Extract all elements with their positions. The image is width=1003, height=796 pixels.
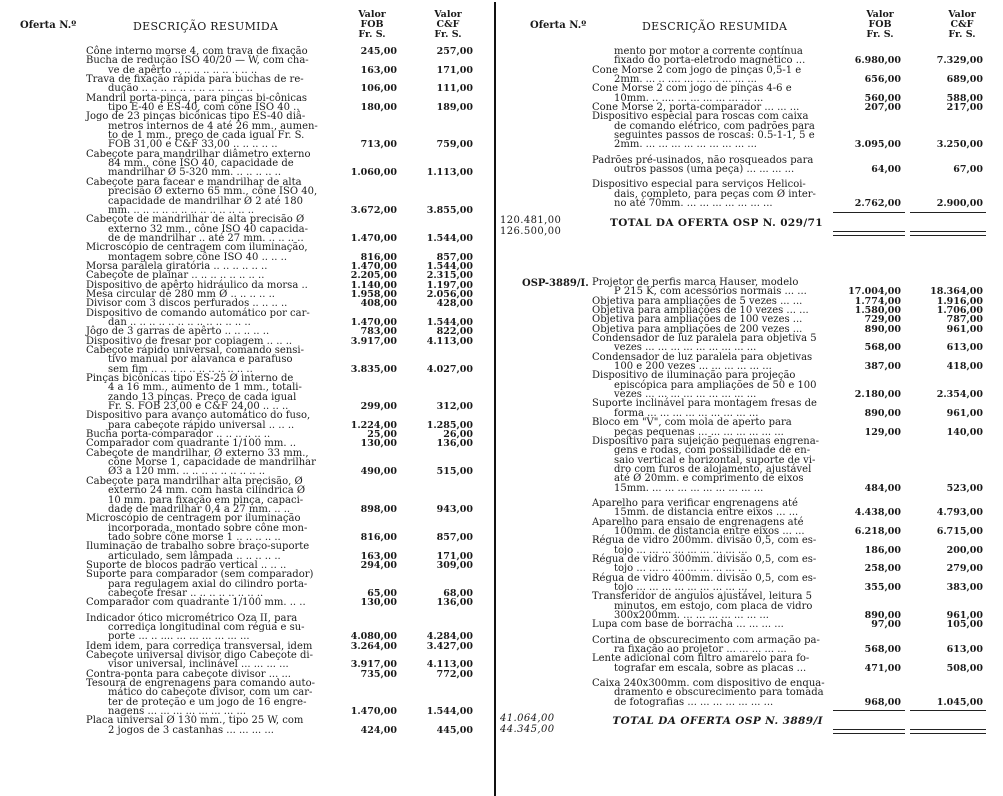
total-label: TOTAL DA OFERTA OSP N. 029/71 — [610, 217, 823, 229]
value-fob: 735,00 — [327, 670, 397, 679]
table-row: Cabeçote para mandrilhar alta precisão, … — [0, 477, 488, 514]
table-row: Dispositivo de iluminação para projeçãoe… — [500, 371, 1003, 399]
item-description: Suporte para comparador (sem comparador)… — [86, 570, 318, 598]
table-row: Suporte inclinável para montagem fresas … — [500, 399, 1003, 418]
table-row: Régua de vidro 200mm. divisão 0,5, com e… — [500, 536, 1003, 555]
value-fob: 568,00 — [831, 645, 901, 654]
table-row: Dispositivo para avanço automático do fu… — [0, 411, 488, 430]
value-cf: 7.329,00 — [913, 56, 983, 65]
item-description: Bloco em "V", com mola de aperto parapeç… — [592, 418, 830, 437]
item-description: Transferidor de angulos ajustável, leitu… — [592, 592, 830, 620]
item-description: Régua de vidro 300mm. divisão 0,5, com e… — [592, 555, 830, 574]
item-description: Trava de fixação rápida para buchas de r… — [86, 75, 318, 94]
value-fob: 258,00 — [831, 564, 901, 573]
value-fob: 106,00 — [327, 84, 397, 93]
value-fob: 568,00 — [831, 343, 901, 352]
value-fob: 490,00 — [327, 467, 397, 476]
table-row: Régua de vidro 300mm. divisão 0,5, com e… — [500, 555, 1003, 574]
item-description: Padrões pré-usinados, não rosqueados par… — [592, 156, 830, 175]
header-description: DESCRIÇÃO RESUMIDA — [133, 20, 278, 33]
header-cf: Valor C&F Fr. S. — [932, 10, 992, 40]
total-label: TOTAL DA OFERTA OSP N. 3889/I — [612, 715, 823, 727]
table-row: Dispositivo para sujeição pequenas engre… — [500, 437, 1003, 493]
value-cf: 508,00 — [913, 664, 983, 673]
value-cf: 689,00 — [913, 75, 983, 84]
table-row: Cabeçote de mandrilhar, Ø externo 33 mm.… — [0, 449, 488, 477]
value-cf: 6.715,00 — [913, 527, 983, 536]
table-row: Microscópio de centragem por iluminaçãoi… — [0, 514, 488, 542]
value-cf: 943,00 — [403, 505, 473, 514]
value-cf: 309,00 — [403, 561, 473, 570]
total-rule — [910, 733, 986, 734]
item-description: Microscópio de centragem por iluminaçãoi… — [86, 514, 318, 542]
header-fob: Valor FOB Fr. S. — [342, 10, 402, 40]
value-fob: 97,00 — [831, 620, 901, 629]
table-row: Jogo de 23 pinças bicônicas tipo ES-40 d… — [0, 112, 488, 149]
value-cf: 2.900,00 — [913, 199, 983, 208]
item-description: Lente adicional com filtro amarelo para … — [592, 654, 830, 673]
value-cf: 1.045,00 — [913, 698, 983, 707]
right-column: Oferta N.º DESCRIÇÃO RESUMIDA Valor FOB … — [500, 0, 1003, 796]
value-cf: 3.250,00 — [913, 140, 983, 149]
table-row: Pinças bicônicas tipo ES-25 Ø interno de… — [0, 374, 488, 411]
item-description: Lupa com base de borracha ... ... ... ..… — [592, 620, 830, 629]
item-description: Condensador de luz paralela para objetiv… — [592, 353, 830, 372]
item-description: mento por motor a corrente contínuafixad… — [592, 47, 830, 66]
item-description: Cone Morse 2 com jogo de pinças 0,5-1 e2… — [592, 66, 830, 85]
header-fob: Valor FOB Fr. S. — [850, 10, 910, 40]
item-description: Dispositivo especial para roscas com cai… — [592, 112, 830, 149]
table-row: Caixa 240x300mm. com dispositivo de enqu… — [500, 679, 1003, 707]
value-cf: 3.427,00 — [403, 642, 473, 651]
total-rule — [910, 729, 986, 730]
value-fob: 3.917,00 — [327, 337, 397, 346]
left-column: Oferta N.º DESCRIÇÃO RESUMIDA Valor FOB … — [0, 0, 488, 796]
offer-total-row: TOTAL DA OFERTA OSP N. 029/71120.481,001… — [500, 215, 1003, 229]
item-description: Mandril porta-pinça, para pinças bi-côni… — [86, 94, 318, 113]
value-cf: 171,00 — [403, 66, 473, 75]
total-rule — [910, 212, 986, 213]
table-row: Régua de vidro 400mm. divisão 0,5, com e… — [500, 574, 1003, 593]
item-description: Caixa 240x300mm. com dispositivo de enqu… — [592, 679, 830, 707]
column-divider — [494, 2, 496, 796]
table-row: Projetor de perfis marca Hauser, modeloP… — [500, 278, 1003, 297]
item-description: Condensador de luz paralela para objetiv… — [592, 334, 830, 353]
table-row: Cone Morse 2 com jogo de pinças 0,5-1 e2… — [500, 66, 1003, 85]
item-description: Cabeçote para facear e mandrilhar de alt… — [86, 178, 318, 215]
value-cf: 759,00 — [403, 140, 473, 149]
value-cf: 2.354,00 — [913, 390, 983, 399]
value-cf: 4.793,00 — [913, 508, 983, 517]
value-cf: 217,00 — [913, 103, 983, 112]
table-row: Comparador com quadrante 1/100 mm. .. ..… — [0, 598, 488, 607]
value-cf: 257,00 — [403, 47, 473, 56]
table-row: Dispositivo de comando automático por ca… — [0, 309, 488, 328]
item-description: Cortina de obscurecimento com armação pa… — [592, 636, 830, 655]
value-fob: 163,00 — [327, 66, 397, 75]
value-cf: 445,00 — [403, 726, 473, 735]
table-row: Trava de fixação rápida para buchas de r… — [0, 75, 488, 94]
left-item-list: Cône interno morse 4, com trava de fixaç… — [0, 47, 488, 735]
value-cf: 200,00 — [913, 546, 983, 555]
table-row: Dispositivo especial para roscas com cai… — [500, 112, 1003, 149]
item-description: Cabeçote de mandrilhar, Ø externo 33 mm.… — [86, 449, 318, 477]
value-fob: 2.180,00 — [831, 390, 901, 399]
value-fob: 180,00 — [327, 103, 397, 112]
value-cf: 3.855,00 — [403, 206, 473, 215]
value-fob: 968,00 — [831, 698, 901, 707]
value-fob: 387,00 — [831, 362, 901, 371]
value-fob: 4.438,00 — [831, 508, 901, 517]
table-row: Indicador ótico micrométrico Oza II, par… — [0, 614, 488, 642]
total-rule — [833, 729, 905, 730]
item-description: Dispositivo de comando automático por ca… — [86, 309, 318, 328]
value-cf: 1.113,00 — [403, 168, 473, 177]
header-offer-number: Oferta N.º — [530, 20, 586, 31]
value-fob: 3.095,00 — [831, 140, 901, 149]
table-row: Cabeçote para facear e mandrilhar de alt… — [0, 178, 488, 215]
value-cf: 772,00 — [403, 670, 473, 679]
item-description: Cabeçote de mandrilhar de alta precisão … — [86, 215, 318, 243]
value-fob: 1.060,00 — [327, 168, 397, 177]
item-description: Projetor de perfis marca Hauser, modeloP… — [592, 278, 830, 297]
table-row: Condensador de luz paralela para objetiv… — [500, 334, 1003, 353]
table-row: Transferidor de angulos ajustável, leitu… — [500, 592, 1003, 620]
table-row: Aparelho para ensaio de engrenagens até1… — [500, 518, 1003, 537]
value-cf: 428,00 — [403, 299, 473, 308]
table-row: Cortina de obscurecimento com armação pa… — [500, 636, 1003, 655]
value-cf: 418,00 — [913, 362, 983, 371]
table-row: Bucha de redução ISO 40/20 — W, com cha-… — [0, 56, 488, 75]
value-fob: 656,00 — [831, 75, 901, 84]
value-fob: 471,00 — [831, 664, 901, 673]
value-cf: 1.544,00 — [403, 707, 473, 716]
table-row: Bloco em "V", com mola de aperto parapeç… — [500, 418, 1003, 437]
value-fob: 1.470,00 — [327, 234, 397, 243]
total-rule — [910, 710, 986, 711]
item-description: Dispositivo especial para serviços Helic… — [592, 180, 830, 208]
item-description: Cabeçote para mandrilhar alta precisão, … — [86, 477, 318, 514]
header-offer-number: Oferta N.º — [20, 20, 76, 31]
item-description: Dispositivo para avanço automático do fu… — [86, 411, 318, 430]
item-description: Indicador ótico micrométrico Oza II, par… — [86, 614, 318, 642]
item-description: Cabeçote para mandrilhar diâmetro extern… — [86, 150, 318, 178]
table-row: Aparelho para verificar engrenagens até1… — [500, 499, 1003, 518]
value-cf: 383,00 — [913, 583, 983, 592]
table-row: Suporte para comparador (sem comparador)… — [0, 570, 488, 598]
value-fob: 207,00 — [831, 103, 901, 112]
value-cf: 515,00 — [403, 467, 473, 476]
total-rule — [910, 231, 986, 232]
value-cf: 140,00 — [913, 428, 983, 437]
value-cf: 189,00 — [403, 103, 473, 112]
item-description: Comparador com quadrante 1/100 mm. .. .. — [86, 598, 318, 607]
value-fob: 129,00 — [831, 428, 901, 437]
table-row: Dispositivo especial para serviços Helic… — [500, 180, 1003, 208]
value-cf: 312,00 — [403, 402, 473, 411]
value-fob: 3.835,00 — [327, 365, 397, 374]
value-cf: 613,00 — [913, 343, 983, 352]
value-cf: 1.544,00 — [403, 234, 473, 243]
value-cf: 4.113,00 — [403, 337, 473, 346]
table-row: Padrões pré-usinados, não rosqueados par… — [500, 156, 1003, 175]
offer-029-item-list: mento por motor a corrente contínuafixad… — [500, 47, 1003, 229]
item-description: Régua de vidro 200mm. divisão 0,5, com e… — [592, 536, 830, 555]
value-cf: 613,00 — [913, 645, 983, 654]
value-fob: 408,00 — [327, 299, 397, 308]
item-description: Bucha de redução ISO 40/20 — W, com cha-… — [86, 56, 318, 75]
total-rule — [833, 733, 905, 734]
value-fob: 3.264,00 — [327, 642, 397, 651]
item-description: Tesoura de engrenagens para comando auto… — [86, 679, 318, 716]
value-cf: 105,00 — [913, 620, 983, 629]
item-description: Microscópio de centragem com iluminação,… — [86, 243, 318, 262]
header-description: DESCRIÇÃO RESUMIDA — [642, 20, 787, 33]
item-description: Régua de vidro 400mm. divisão 0,5, com e… — [592, 574, 830, 593]
value-cf: 523,00 — [913, 484, 983, 493]
value-fob: 130,00 — [327, 598, 397, 607]
item-description: Cabeçote rápido universal, comando sensi… — [86, 346, 318, 374]
header-cf: Valor C&F Fr. S. — [418, 10, 478, 40]
offer-total-row: TOTAL DA OFERTA OSP N. 3889/I41.064,0044… — [500, 713, 1003, 727]
item-description: Jogo de 23 pinças bicônicas tipo ES-40 d… — [86, 112, 318, 149]
value-cf: 67,00 — [913, 165, 983, 174]
table-row: Mandril porta-pinça, para pinças bi-côni… — [0, 94, 488, 113]
value-fob: 1.470,00 — [327, 707, 397, 716]
table-row: Lente adicional com filtro amarelo para … — [500, 654, 1003, 673]
table-row: Microscópio de centragem com iluminação,… — [0, 243, 488, 262]
value-fob: 294,00 — [327, 561, 397, 570]
value-cf: 857,00 — [403, 533, 473, 542]
total-rule — [833, 231, 905, 232]
value-fob: 130,00 — [327, 439, 397, 448]
table-row: Cabeçote para mandrilhar diâmetro extern… — [0, 150, 488, 178]
value-fob: 890,00 — [831, 325, 901, 334]
table-row: Cabeçote universal divisor digo Cabeçote… — [0, 651, 488, 670]
value-fob: 6.980,00 — [831, 56, 901, 65]
value-cf: 961,00 — [913, 325, 983, 334]
value-fob: 64,00 — [831, 165, 901, 174]
value-fob: 3.672,00 — [327, 206, 397, 215]
item-description: Placa universal Ø 130 mm., tipo 25 W, co… — [86, 716, 318, 735]
table-row: Cabeçote rápido universal, comando sensi… — [0, 346, 488, 374]
value-cf: 136,00 — [403, 598, 473, 607]
value-fob: 299,00 — [327, 402, 397, 411]
value-fob: 424,00 — [327, 726, 397, 735]
item-description: Cabeçote universal divisor digo Cabeçote… — [86, 651, 318, 670]
item-description: Iluminação de trabalho sobre braço-supor… — [86, 542, 318, 561]
item-description: Aparelho para ensaio de engrenagens até1… — [592, 518, 830, 537]
table-row: Cabeçote de mandrilhar de alta precisão … — [0, 215, 488, 243]
value-cf: 279,00 — [913, 564, 983, 573]
table-row: Iluminação de trabalho sobre braço-supor… — [0, 542, 488, 561]
table-row: Placa universal Ø 130 mm., tipo 25 W, co… — [0, 716, 488, 735]
value-fob: 713,00 — [327, 140, 397, 149]
item-description: Aparelho para verificar engrenagens até1… — [592, 499, 830, 518]
total-rule — [910, 235, 986, 236]
value-cf: 136,00 — [403, 439, 473, 448]
total-rule — [833, 710, 905, 711]
value-fob: 484,00 — [831, 484, 901, 493]
item-description: Suporte inclinável para montagem fresas … — [592, 399, 830, 418]
table-row: Condensador de luz paralela para objetiv… — [500, 353, 1003, 372]
item-description: Cone Morse 2 com jogo de pinças 4-6 e10m… — [592, 84, 830, 103]
table-row: Tesoura de engrenagens para comando auto… — [0, 679, 488, 716]
value-fob: 890,00 — [831, 409, 901, 418]
table-row: Cone Morse 2 com jogo de pinças 4-6 e10m… — [500, 84, 1003, 103]
value-fob: 245,00 — [327, 47, 397, 56]
item-description: Dispositivo para sujeição pequenas engre… — [592, 437, 830, 493]
item-description: Dispositivo de iluminação para projeçãoe… — [592, 371, 830, 399]
value-fob: 186,00 — [831, 546, 901, 555]
total-rule — [833, 212, 905, 213]
value-cf: 4.027,00 — [403, 365, 473, 374]
table-row: mento por motor a corrente contínuafixad… — [500, 47, 1003, 66]
value-cf: 111,00 — [403, 84, 473, 93]
item-description: Pinças bicônicas tipo ES-25 Ø interno de… — [86, 374, 318, 411]
value-fob: 355,00 — [831, 583, 901, 592]
value-fob: 2.762,00 — [831, 199, 901, 208]
table-row: Lupa com base de borracha ... ... ... ..… — [500, 620, 1003, 629]
value-fob: 898,00 — [327, 505, 397, 514]
total-rule — [833, 235, 905, 236]
price-list-page: Oferta N.º DESCRIÇÃO RESUMIDA Valor FOB … — [0, 0, 1003, 796]
value-cf: 961,00 — [913, 409, 983, 418]
offer-3889-item-list: Projetor de perfis marca Hauser, modeloP… — [500, 278, 1003, 727]
value-fob: 816,00 — [327, 533, 397, 542]
value-fob: 6.218,00 — [831, 527, 901, 536]
